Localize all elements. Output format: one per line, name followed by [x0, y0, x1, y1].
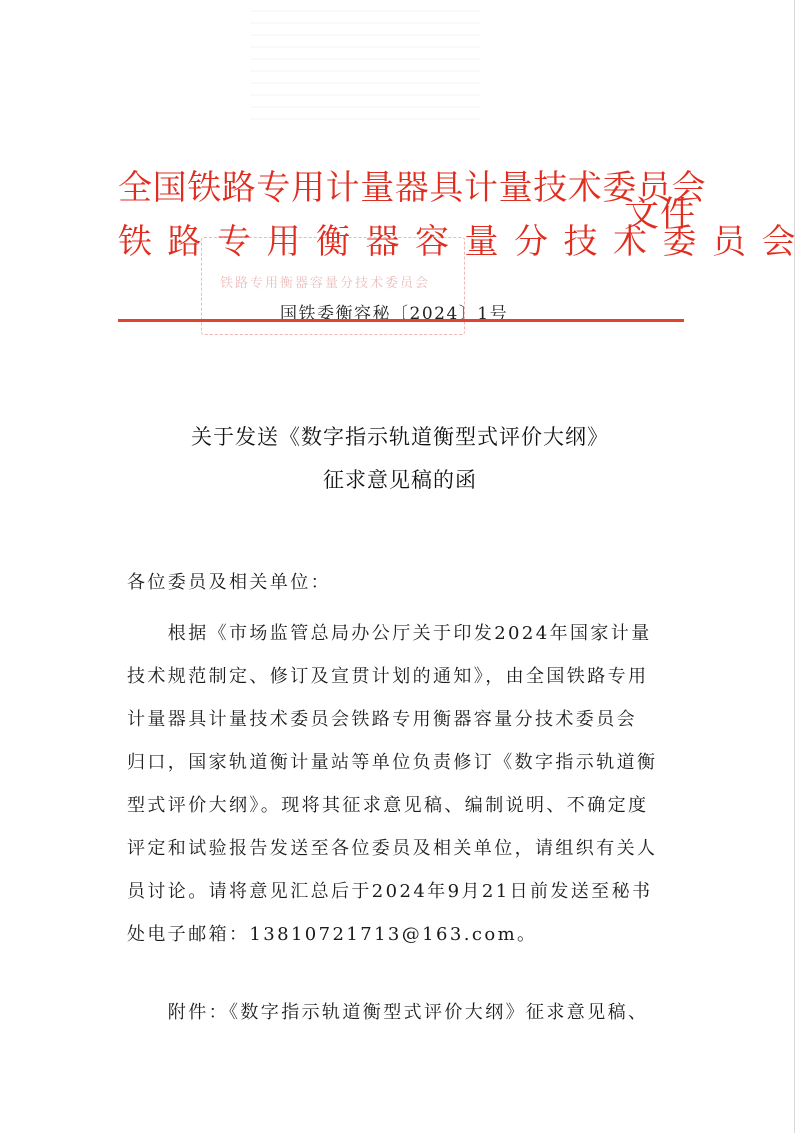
- body-line-2: 技术规范制定、修订及宣贯计划的通知》，由全国铁路专用: [127, 668, 648, 686]
- letter-title-line-1: 关于发送《数字指示轨道衡型式评价大纲》: [0, 427, 800, 448]
- body-line-5: 型式评价大纲》。现将其征求意见稿、编制说明、不确定度: [127, 797, 648, 815]
- body-line-6: 评定和试验报告发送至各位委员及相关单位，请组织有关人: [127, 840, 657, 858]
- issuing-org-line-1: 全国铁路专用计量器具计量技术委员会: [118, 171, 706, 205]
- document-type-label: 文件: [624, 198, 696, 233]
- red-divider-line: [118, 319, 684, 322]
- letter-title-line-2: 征求意见稿的函: [0, 470, 800, 491]
- salutation: 各位委员及相关单位：: [127, 574, 331, 592]
- body-line-1: 根据《市场监管总局办公厅关于印发2024年国家计量: [127, 625, 652, 643]
- body-line-4: 归口，国家轨道衡计量站等单位负责修订《数字指示轨道衡: [127, 754, 657, 772]
- body-line-7: 员讨论。请将意见汇总后于2024年9月21日前发送至秘书: [127, 883, 652, 901]
- bleed-through-marks: [250, 0, 480, 120]
- document-page: 全国铁路专用计量器具计量技术委员会 铁路专用衡器容量分技术委员会 文件 铁路专用…: [0, 0, 800, 1133]
- attachment-line: 附件：《数字指示轨道衡型式评价大纲》征求意见稿、: [127, 1004, 648, 1022]
- stamp-text: 铁路专用衡器容量分技术委员会: [220, 272, 430, 291]
- body-line-8: 处电子邮箱：13810721713@163.com。: [127, 926, 537, 944]
- body-line-3: 计量器具计量技术委员会铁路专用衡器容量分技术委员会: [127, 711, 637, 729]
- page-edge: [794, 0, 795, 1133]
